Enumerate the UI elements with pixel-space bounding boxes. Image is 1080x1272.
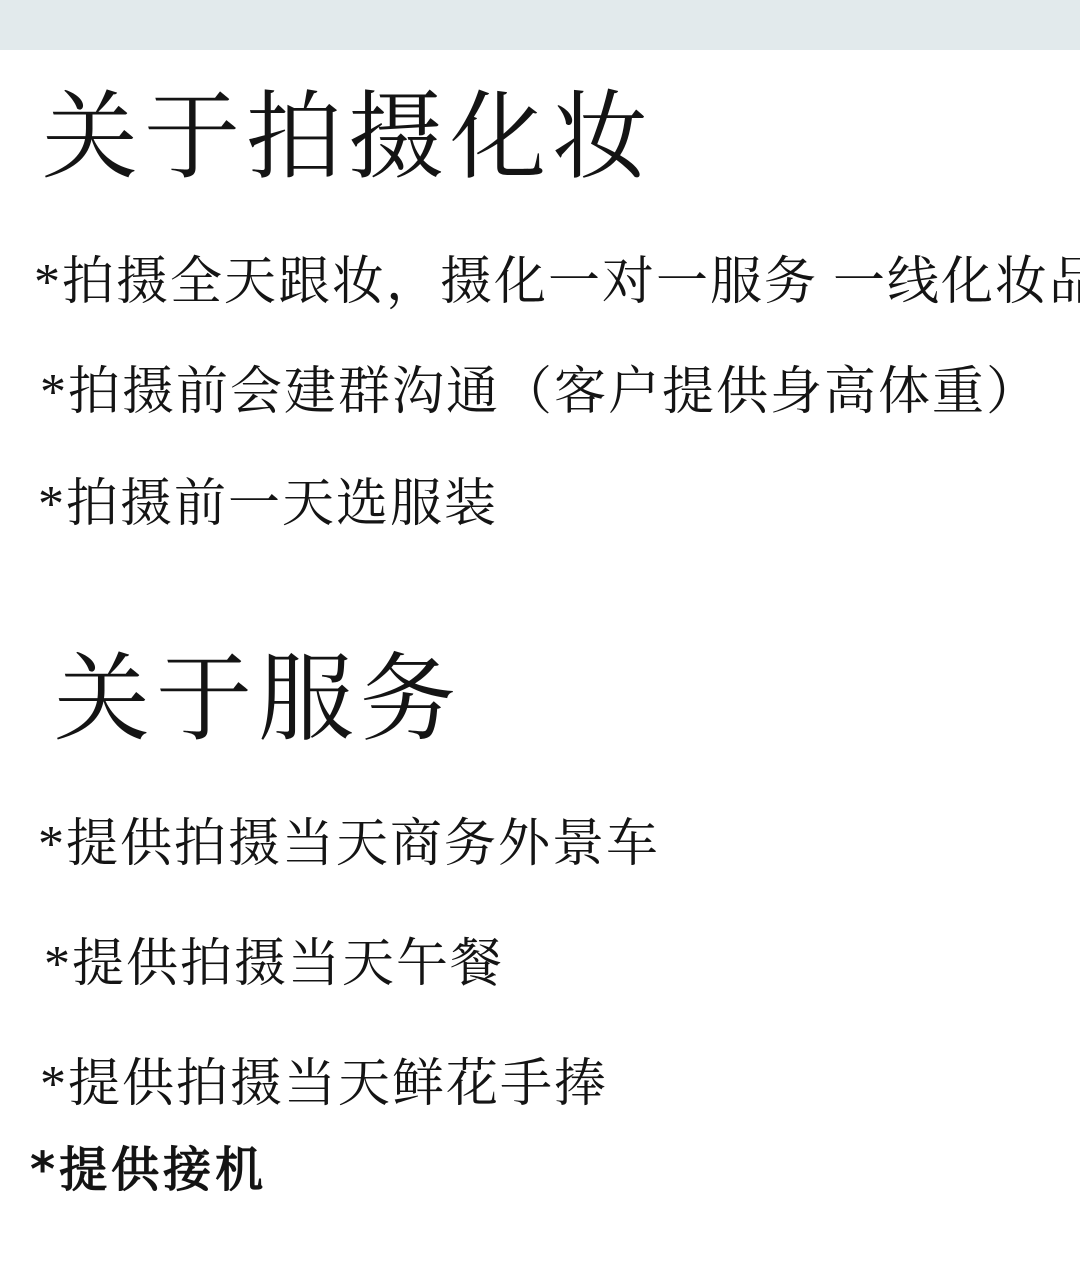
service-item-2: *提供拍摄当天午餐 — [44, 934, 504, 996]
section-heading-makeup: 关于拍摄化妆 — [42, 80, 654, 195]
makeup-item-3: *拍摄前一天选服装 — [38, 474, 498, 536]
makeup-item-2: *拍摄前会建群沟通（客户提供身高体重） — [40, 362, 1040, 424]
section-heading-service: 关于服务 — [54, 642, 462, 757]
service-item-1: *提供拍摄当天商务外景车 — [38, 814, 660, 876]
document-page: 关于拍摄化妆 *拍摄全天跟妆，摄化一对一服务 一线化妆品 *拍摄前会建群沟通（客… — [0, 0, 1080, 1272]
makeup-item-1: *拍摄全天跟妆，摄化一对一服务 一线化妆品 — [34, 252, 1080, 314]
service-item-3: *提供拍摄当天鲜花手捧 — [40, 1054, 608, 1116]
top-accent-bar — [0, 0, 1080, 50]
footer-note: *提供接机 — [30, 1142, 267, 1200]
